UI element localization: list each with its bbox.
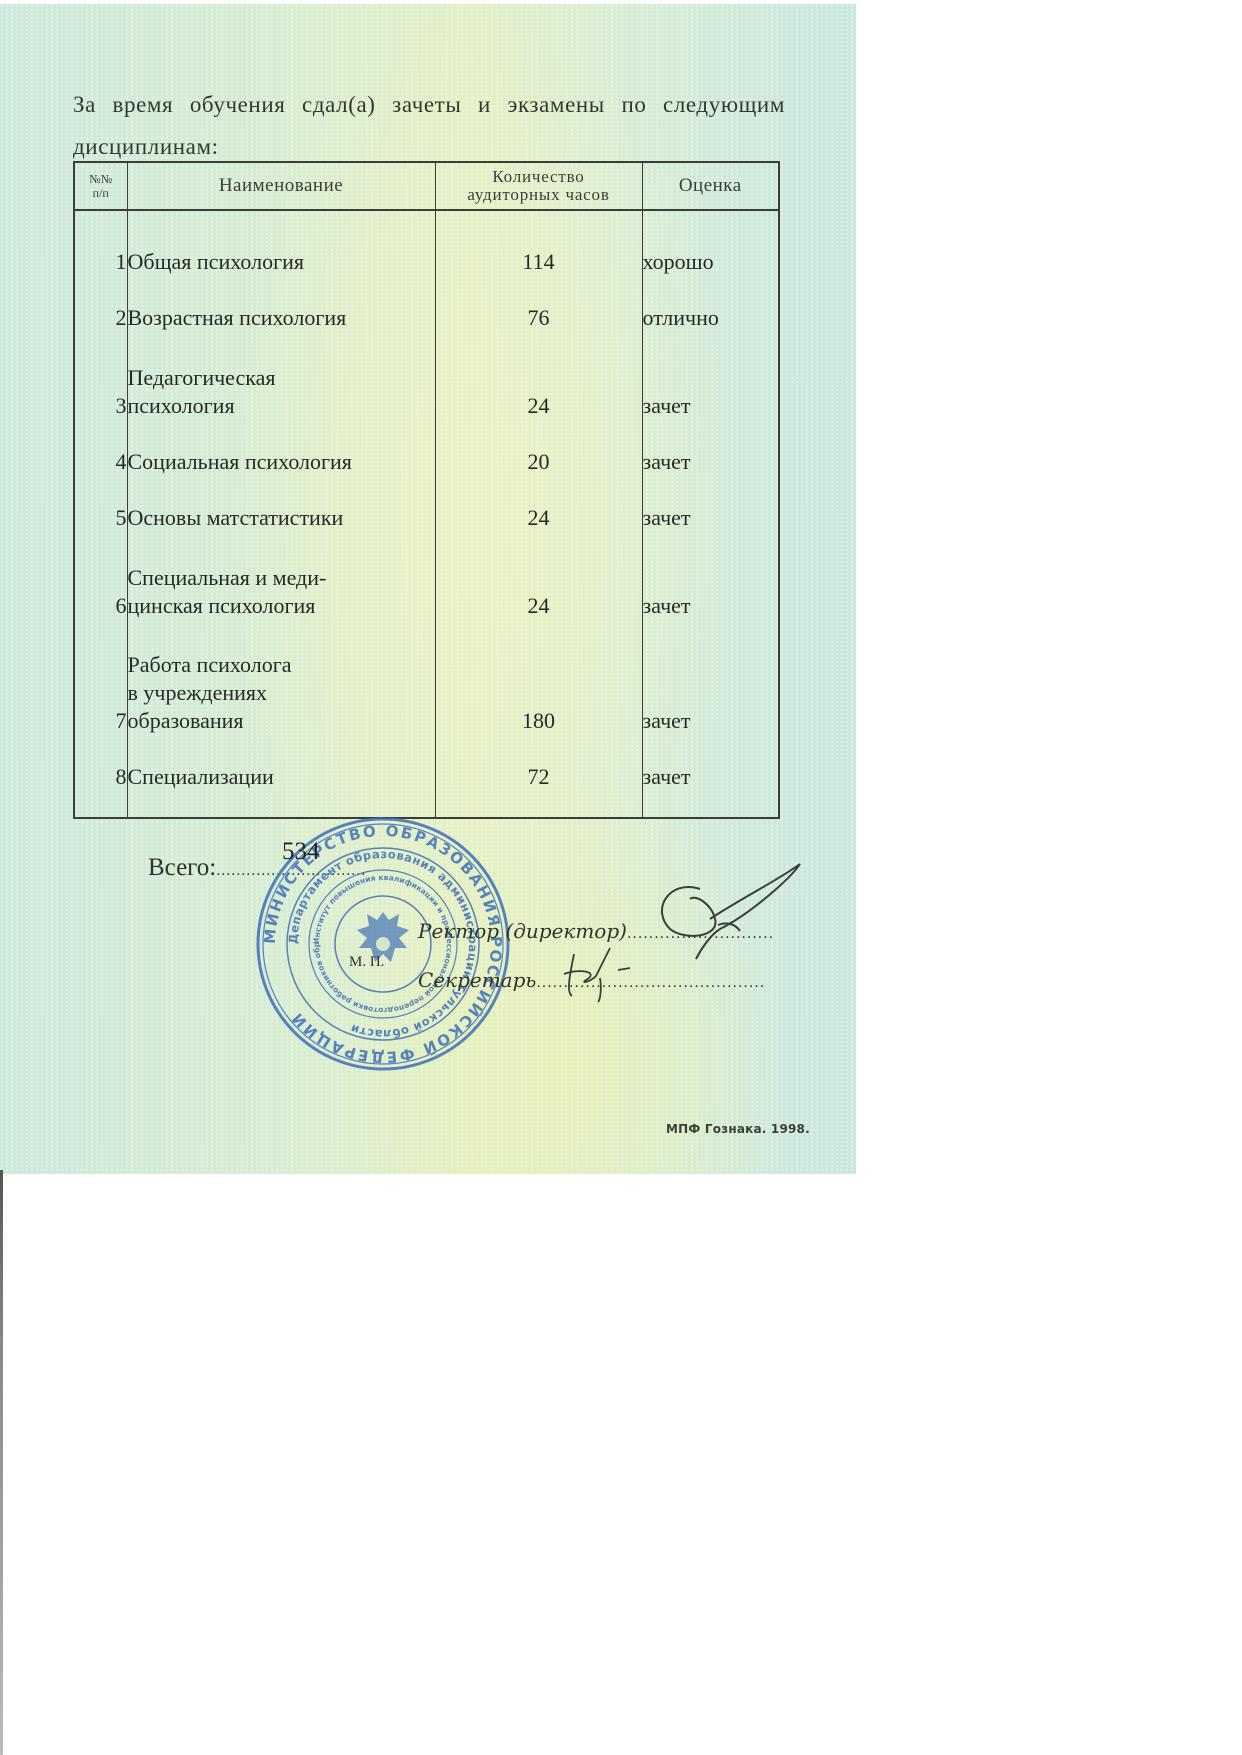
seal-label: М. П. [349,954,384,971]
certificate-sheet: За время обучения сдал(а) зачеты и экзам… [0,4,856,1174]
scan-edge [0,1170,3,1755]
table-row: 4Социальная психология20зачет [74,420,779,476]
grade: зачет [642,532,779,620]
discipline-name-line: Работа психолога [128,651,435,679]
header-number: №№ п/п [74,162,127,210]
row-number: 8 [74,735,127,791]
empty-cell [127,791,435,818]
classroom-hours: 114 [435,210,642,276]
classroom-hours: 24 [435,332,642,420]
discipline-name: Общая психология [127,210,435,276]
classroom-hours: 72 [435,735,642,791]
table-row: 3Педагогическаяпсихология24зачет [74,332,779,420]
classroom-hours: 24 [435,532,642,620]
grade: зачет [642,420,779,476]
table-row: 2Возрастная психология76отлично [74,276,779,332]
total-hours-value: 534 [282,838,320,866]
empty-cell [435,791,642,818]
discipline-name: Специализации [127,735,435,791]
rector-signature-icon [640,859,810,969]
discipline-name-line: образования [128,707,435,735]
grade: зачет [642,332,779,420]
discipline-name: Социальная психология [127,420,435,476]
printer-imprint: МПФ Гознака. 1998. [666,1122,810,1136]
discipline-name-line: Социальная психология [128,448,435,476]
grade: отлично [642,276,779,332]
disciplines-table: №№ п/п Наименование Количество аудиторны… [73,161,780,819]
discipline-name: Педагогическаяпсихология [127,332,435,420]
discipline-name-line: цинская психология [128,592,435,620]
discipline-name-line: Общая психология [128,248,435,276]
classroom-hours: 76 [435,276,642,332]
discipline-name-line: Основы матстатистики [128,504,435,532]
header-name: Наименование [127,162,435,210]
discipline-name-line: Возрастная психология [128,304,435,332]
row-number: 7 [74,620,127,735]
table-header-row: №№ п/п Наименование Количество аудиторны… [74,162,779,210]
header-hours: Количество аудиторных часов [435,162,642,210]
row-number: 5 [74,476,127,532]
discipline-name-line: Специализации [128,763,435,791]
discipline-name: Основы матстатистики [127,476,435,532]
rector-label: Ректор (директор) [418,919,627,943]
empty-cell [642,791,779,818]
total-label: Всего: [148,854,216,881]
grade: зачет [642,476,779,532]
header-hours-line2: аудиторных часов [467,185,609,204]
discipline-name-line: Педагогическая [128,364,435,392]
grade: зачет [642,620,779,735]
header-grade: Оценка [642,162,779,210]
table-row: 1Общая психология114хорошо [74,210,779,276]
table-row: 6Специальная и меди-цинская психология24… [74,532,779,620]
row-number: 1 [74,210,127,276]
discipline-name: Возрастная психология [127,276,435,332]
table-spacer-row [74,791,779,818]
classroom-hours: 180 [435,620,642,735]
discipline-name-line: психология [128,392,435,420]
empty-cell [74,791,127,818]
discipline-name: Специальная и меди-цинская психология [127,532,435,620]
row-number: 2 [74,276,127,332]
grade: зачет [642,735,779,791]
header-number-line2: п/п [93,186,109,200]
header-hours-line1: Количество [492,167,584,186]
classroom-hours: 24 [435,476,642,532]
grade: хорошо [642,210,779,276]
discipline-name-line: в учреждениях [128,679,435,707]
table-row: 5Основы матстатистики24зачет [74,476,779,532]
intro-text: За время обучения сдал(а) зачеты и экзам… [73,84,785,168]
secretary-signature-icon [560,944,640,1004]
header-number-line1: №№ [89,172,112,186]
row-number: 6 [74,532,127,620]
discipline-name: Работа психологав учрежденияхобразования [127,620,435,735]
classroom-hours: 20 [435,420,642,476]
table-row: 7Работа психологав учрежденияхобразовани… [74,620,779,735]
row-number: 4 [74,420,127,476]
table-row: 8Специализации72зачет [74,735,779,791]
row-number: 3 [74,332,127,420]
discipline-name-line: Специальная и меди- [128,564,435,592]
secretary-label: Секретарь [418,968,536,992]
